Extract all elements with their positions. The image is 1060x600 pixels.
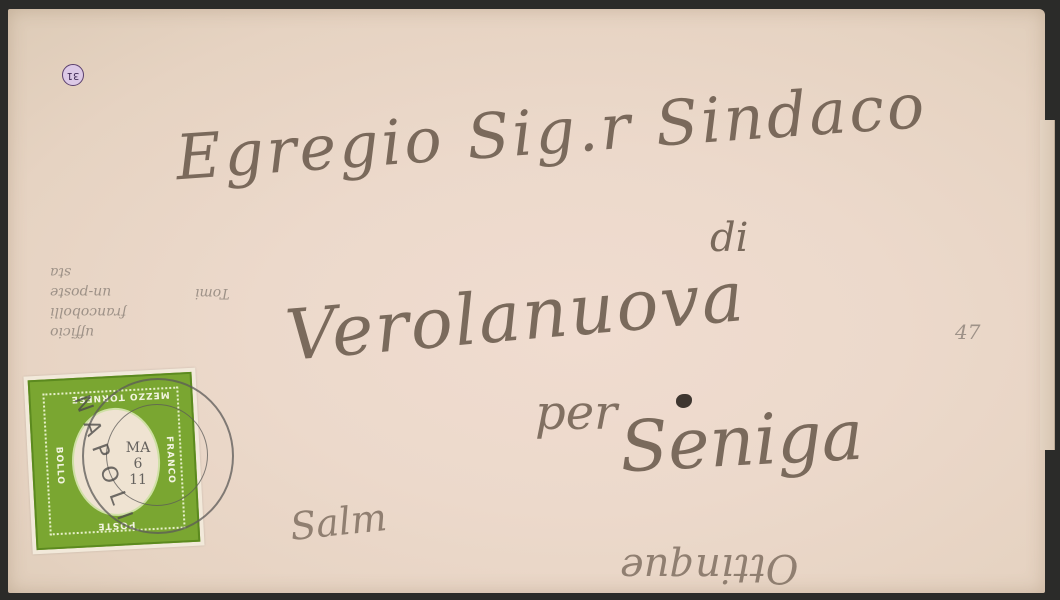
address-line-per: per <box>535 385 617 441</box>
address-line-di: di <box>710 215 748 261</box>
postmark-date: MA 6 11 <box>118 440 158 488</box>
stamp-left-text: BOLLO <box>53 446 65 485</box>
postmark-day: 6 <box>118 456 158 472</box>
address-line-destination: Seniga <box>618 394 865 489</box>
postmark-month: MA <box>118 440 158 456</box>
pencil-note-right: 47 <box>955 320 980 344</box>
pencil-note-mid: Tomi <box>195 285 229 301</box>
address-line-inverted: Ottinque <box>620 545 799 591</box>
pencil-note-left: ufficio francobolli un-poste sta <box>50 262 126 342</box>
postmark-year: 11 <box>118 472 158 488</box>
cover-fold-edge <box>1040 120 1055 450</box>
inventory-mark: 31 <box>62 64 84 86</box>
